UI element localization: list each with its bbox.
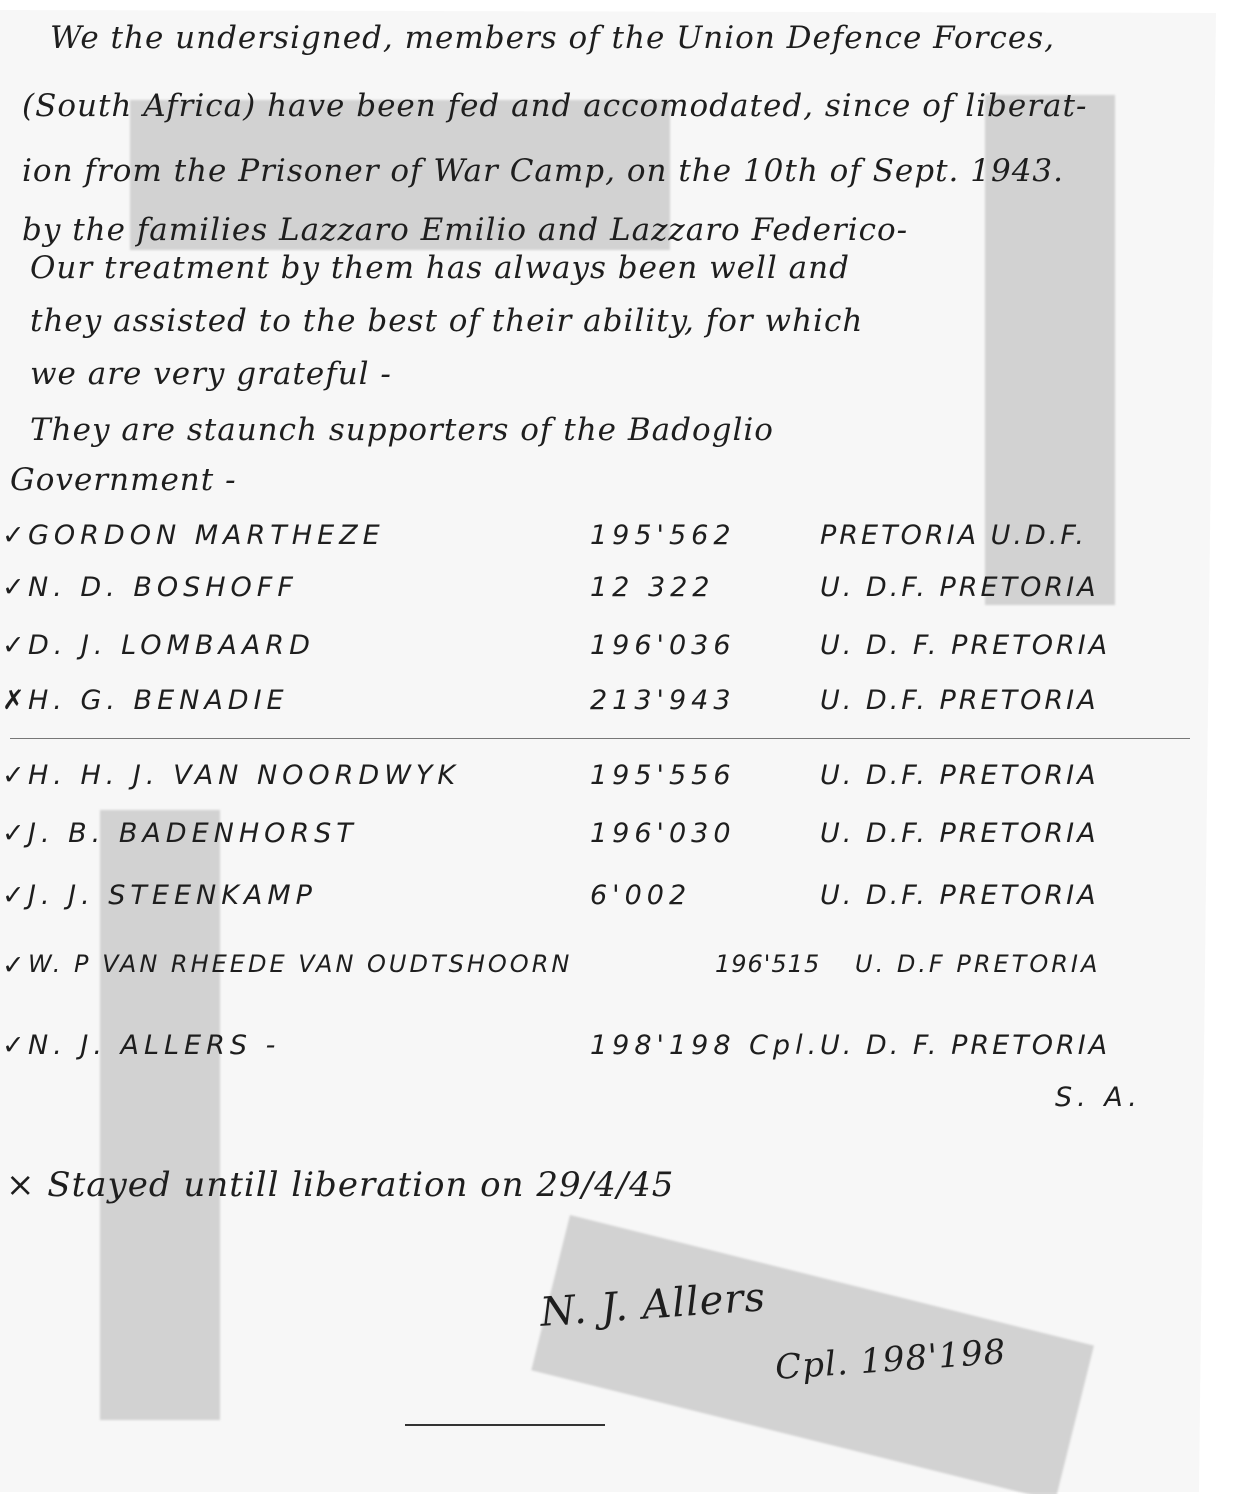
signatory-number: 196'515 xyxy=(715,950,820,978)
signatory-name: GORDON MARTHEZE xyxy=(28,520,385,551)
signatory-number: 213'943 xyxy=(590,685,736,716)
signatory-mark: ✓ xyxy=(2,760,30,791)
letter-line: ion from the Prisoner of War Camp, on th… xyxy=(22,153,1064,189)
letter-line: They are staunch supporters of the Badog… xyxy=(30,412,774,448)
signature-underline xyxy=(405,1424,605,1426)
signatory-unit: U. D. F. PRETORIA xyxy=(820,630,1110,661)
letter-line: (South Africa) have been fed and accomod… xyxy=(22,88,1087,124)
signatory-name: N. J. ALLERS - xyxy=(28,1030,280,1061)
signatory-mark: ✗ xyxy=(2,685,30,716)
signatory-number: 6'002 xyxy=(590,880,691,911)
signatory-unit: U. D. F. PRETORIA xyxy=(820,1030,1110,1061)
signatory-unit: U. D.F. PRETORIA xyxy=(820,685,1099,716)
letter-line: Our treatment by them has always been we… xyxy=(30,250,850,286)
signatory-unit: U. D.F PRETORIA xyxy=(855,950,1100,978)
signatory-country: S. A. xyxy=(1055,1082,1142,1113)
letter-line: we are very grateful - xyxy=(30,356,392,392)
signatory-mark: ✓ xyxy=(2,572,30,603)
signatory-mark: ✓ xyxy=(2,950,30,981)
signatory-unit: U. D.F. PRETORIA xyxy=(820,880,1099,911)
signatory-mark: ✓ xyxy=(2,520,30,551)
letter-line: by the families Lazzaro Emilio and Lazza… xyxy=(22,212,908,248)
signatory-unit: U. D.F. PRETORIA xyxy=(820,572,1099,603)
signatory-name: D. J. LOMBAARD xyxy=(28,630,315,661)
signatory-unit: U. D.F. PRETORIA xyxy=(820,818,1099,849)
signatory-name: J. J. STEENKAMP xyxy=(28,880,317,911)
signatory-unit: PRETORIA U.D.F. xyxy=(820,520,1087,551)
signatory-mark: ✓ xyxy=(2,1030,30,1061)
letter-line: they assisted to the best of their abili… xyxy=(30,303,863,339)
signatory-number: 195'562 xyxy=(590,520,736,551)
signatory-name: W. P VAN RHEEDE VAN OUDTSHOORN xyxy=(28,950,572,978)
divider-line xyxy=(10,738,1190,739)
signatory-mark: ✓ xyxy=(2,818,30,849)
signatory-name: N. D. BOSHOFF xyxy=(28,572,298,603)
signatory-number: 12 322 xyxy=(590,572,714,603)
signatory-name: H. G. BENADIE xyxy=(28,685,289,716)
letter-line: We the undersigned, members of the Union… xyxy=(50,20,1055,56)
letter-line: Government - xyxy=(10,462,237,498)
signatory-number: 195'556 xyxy=(590,760,736,791)
footnote: × Stayed untill liberation on 29/4/45 xyxy=(6,1165,674,1205)
signatory-number: 198'198 Cpl. xyxy=(590,1030,821,1061)
signatory-unit: U. D.F. PRETORIA xyxy=(820,760,1099,791)
signatory-mark: ✓ xyxy=(2,880,30,911)
signatory-name: H. H. J. VAN NOORDWYK xyxy=(28,760,460,791)
signatory-mark: ✓ xyxy=(2,630,30,661)
signatory-number: 196'030 xyxy=(590,818,736,849)
signatory-number: 196'036 xyxy=(590,630,736,661)
signatory-name: J. B. BADENHORST xyxy=(28,818,358,849)
